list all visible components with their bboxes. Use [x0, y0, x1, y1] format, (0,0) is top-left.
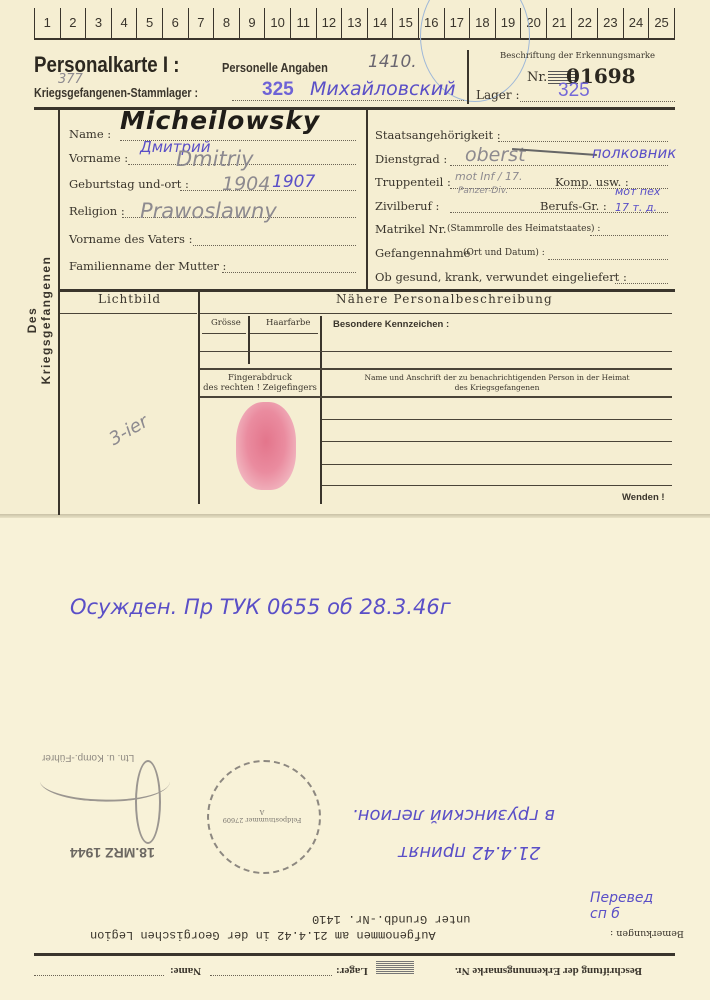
notify-label-2: des Kriegsgefangenen [322, 383, 672, 392]
berufs-value: мот пех 17 т. д. [615, 184, 675, 216]
field-label: Ob gesund, krank, verwundet eingeliefert… [375, 270, 627, 284]
fold-line [0, 514, 710, 518]
haarfarbe-label: Haarfarbe [266, 318, 310, 328]
ruler-cell: 14 [367, 8, 393, 38]
ruler-cell: 12 [316, 8, 342, 38]
stammlager-number: 325 [262, 79, 294, 101]
wenden-label: Wenden ! [622, 492, 665, 503]
religion-value: Prawoslawny [140, 199, 277, 223]
ruler-cell: 11 [290, 8, 316, 38]
bemerkungen-handwritten: Перевед сп б [590, 890, 660, 922]
notify-line-2 [322, 441, 672, 442]
groesse-line [202, 333, 246, 334]
field-label: Name : [69, 127, 111, 141]
signature-loop [135, 760, 161, 844]
field-label: Staatsangehörigkeit : [375, 128, 501, 142]
field-label: Truppenteil : [375, 175, 451, 189]
bemerkungen-label: Bemerkungen : [610, 928, 684, 939]
groesse-label: Grösse [211, 318, 241, 328]
birth-value: 1904 [222, 173, 270, 195]
bottom-erkennungsmarke-label: Beschriftung der Erkennungsmarke Nr. [455, 965, 642, 977]
row-line-1 [200, 351, 672, 352]
typed-line-1: Aufgenommen am 21.4.42 in der Georgische… [90, 928, 436, 942]
personal-desc-label: Nähere Personalbeschreibung [336, 292, 553, 306]
field-line [222, 272, 356, 273]
ruler-cell: 22 [571, 8, 597, 38]
ruler-cell: 24 [623, 8, 649, 38]
conviction-note: Осужден. Пр ТУК 0655 об 28.3.46г [70, 595, 451, 619]
annotation-1410: 1410. [368, 52, 417, 72]
field-label: Matrikel Nr. [375, 222, 447, 236]
ruler-cell: 21 [546, 8, 572, 38]
field-label: Religion : [69, 204, 125, 218]
field-line [548, 259, 668, 260]
bottom-nr-box [376, 961, 414, 975]
ruler-cell: 5 [136, 8, 162, 38]
lichtbild-underline [60, 313, 197, 314]
dienstgrad-cyrillic: полковник [592, 144, 676, 162]
date-stamp: 18.MRZ 1944 [70, 845, 155, 861]
round-stamp-text: Feldpostnummer 27609 A [222, 808, 302, 824]
ruler-cell: 13 [341, 8, 367, 38]
field-line [590, 235, 668, 236]
card-title: Personalkarte I : [34, 52, 180, 78]
ruler-cell: 1 [34, 8, 60, 38]
field-label: Dienstgrad : [375, 152, 447, 166]
upside-note-line2: 21.4.42 принят [398, 842, 540, 863]
groesse-divider [248, 316, 250, 364]
row-line-2 [200, 368, 672, 370]
vorname-value: Dmitriy [176, 147, 254, 171]
ruler-cell: 23 [597, 8, 623, 38]
lager-value: 325 [558, 80, 590, 102]
bottom-lager-line [210, 975, 332, 976]
dienstgrad-value: oberst [465, 144, 526, 166]
desc-divider [320, 316, 322, 504]
field-line [193, 245, 356, 246]
notify-label-1: Name und Anschrift der zu benachrichtige… [322, 373, 672, 382]
kennzeichen-label: Besondere Kennzeichen : [333, 319, 449, 330]
ruler-cell: 3 [85, 8, 111, 38]
field-label: Zivilberuf : [375, 199, 439, 213]
side-label: Des Kriegsgefangenen [25, 255, 53, 385]
lichtbild-label: Lichtbild [98, 292, 161, 306]
bottom-rule [34, 953, 675, 956]
field-line [615, 283, 668, 284]
field-label: Gefangennahme [375, 246, 470, 260]
nr-label: Nr. [527, 70, 547, 85]
field-label: Vorname : [69, 151, 128, 165]
ruler-cell: 2 [60, 8, 86, 38]
truppenteil-value: mot Inf / 17. [455, 170, 523, 183]
card-subtitle: Personelle Angaben [222, 60, 328, 75]
stammlager-label: Kriegsgefangenen-Stammlager : [34, 85, 198, 100]
photo-divider [198, 292, 200, 504]
field-sublabel: (Ort und Datum) : [463, 248, 545, 258]
stammlager-handwritten: Михайловский [310, 78, 456, 100]
upside-note-line1: в грузинский легион. [352, 805, 555, 826]
field-sublabel: (Stammrolle des Heimatstaates) : [447, 224, 600, 234]
header-divider [467, 50, 469, 104]
fingerprint-label-2: des rechten ! Zeigefingers [200, 383, 320, 393]
fingerprint-mark [236, 402, 296, 490]
ruler-cell: 10 [264, 8, 290, 38]
notify-line-4 [322, 485, 672, 486]
ruler-cell: 4 [111, 8, 137, 38]
field-line [498, 141, 668, 142]
lager-line [520, 101, 675, 102]
erkennungsmarke-label: Beschriftung der Erkennungsmarke [500, 51, 655, 61]
truppenteil-line2: Panzer-Div. [458, 186, 508, 196]
lager-label: Lager : [476, 88, 520, 102]
ruler-cell: 8 [213, 8, 239, 38]
field-label-secondary: Berufs-Gr. : [540, 199, 607, 213]
row-line-3 [200, 396, 672, 398]
notify-line-3 [322, 464, 672, 465]
desc-underline [200, 313, 672, 314]
ruler-cell: 7 [188, 8, 214, 38]
bottom-name-line [34, 975, 164, 976]
birth-correction: 1907 [272, 172, 315, 192]
ruler-cell: 6 [162, 8, 188, 38]
ruler-cell: 25 [648, 8, 675, 38]
bottom-name-label: Name: [170, 965, 201, 977]
ruler-cell: 15 [392, 8, 418, 38]
field-label: Familienname der Mutter : [69, 259, 226, 273]
bottom-lager-label: Lager: [336, 965, 368, 977]
field-label: Geburtstag und-ort : [69, 177, 189, 191]
ruler-cell: 9 [239, 8, 265, 38]
field-label: Vorname des Vaters : [69, 232, 193, 246]
middle-divider [366, 110, 368, 290]
fingerprint-label-1: Fingerabdruck [200, 373, 320, 383]
name-value: Micheilowsky [120, 106, 320, 135]
number-ruler: 1234567891011121314151617181920212223242… [34, 8, 675, 40]
typed-line-2: unter Grundb.-Nr. 1410 [312, 912, 470, 926]
notify-line-1 [322, 419, 672, 420]
haarfarbe-line [250, 333, 318, 334]
